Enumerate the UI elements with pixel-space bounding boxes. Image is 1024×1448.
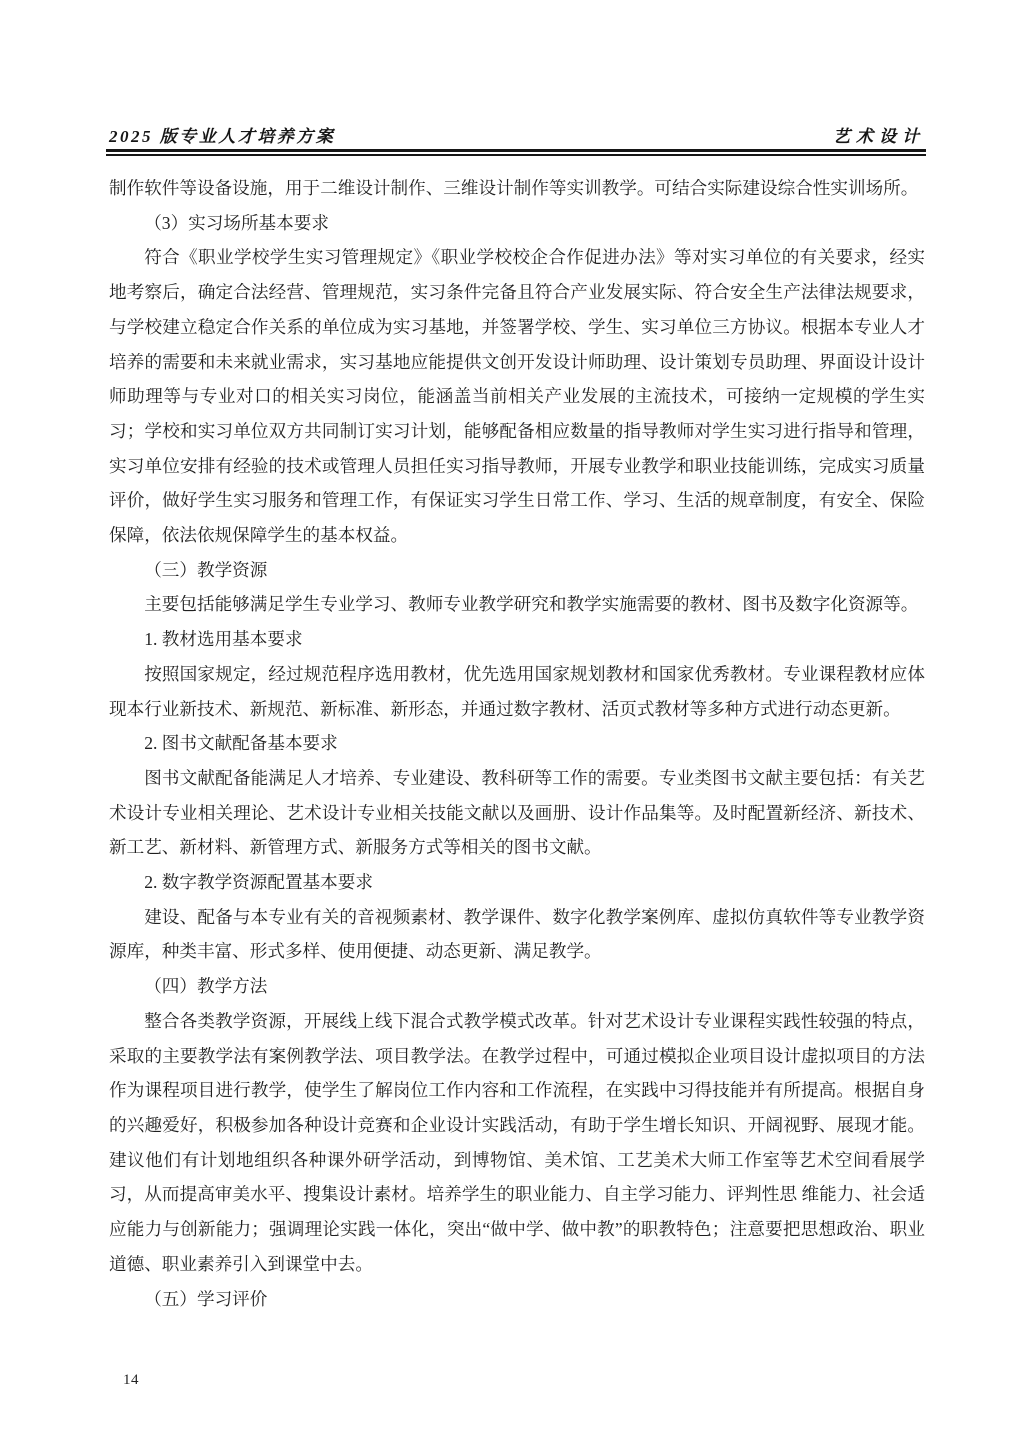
paragraph-teaching-methods: 整合各类教学资源，开展线上线下混合式教学模式改革。针对艺术设计专业课程实践性较强… — [109, 1004, 925, 1282]
document-page: 2025 版专业人才培养方案 艺术设计 制作软件等设备设施，用于二维设计制作、三… — [0, 0, 1024, 1448]
document-body: 制作软件等设备设施，用于二维设计制作、三维设计制作等实训教学。可结合实际建设综合… — [109, 171, 925, 1316]
header-rule-divider — [106, 149, 926, 156]
paragraph-library-literature: 图书文献配备能满足人才培养、专业建设、教科研等工作的需要。专业类图书文献主要包括… — [109, 761, 925, 865]
heading-section-4-teaching-methods: （四）教学方法 — [109, 969, 925, 1004]
paragraph-textbook-selection: 按照国家规定，经过规范程序选用教材，优先选用国家规划教材和国家优秀教材。专业课程… — [109, 657, 925, 726]
header-major-name: 艺术设计 — [833, 122, 925, 147]
heading-1-textbook-selection: 1. 教材选用基本要求 — [109, 622, 925, 657]
paragraph-practice-site-requirements: 符合《职业学校学生实习管理规定》《职业学校校企合作促进办法》等对实习单位的有关要… — [109, 240, 925, 552]
page-footer: 14 — [123, 1372, 139, 1389]
heading-section-3-teaching-resources: （三）教学资源 — [109, 553, 925, 588]
heading-2-digital-resources: 2. 数字教学资源配置基本要求 — [109, 865, 925, 900]
header-document-title: 2025 版专业人才培养方案 — [109, 122, 335, 147]
paragraph-continuation: 制作软件等设备设施，用于二维设计制作、三维设计制作等实训教学。可结合实际建设综合… — [109, 171, 925, 206]
heading-section-5-learning-evaluation: （五）学习评价 — [109, 1282, 925, 1317]
heading-2-library-literature: 2. 图书文献配备基本要求 — [109, 726, 925, 761]
page-header: 2025 版专业人才培养方案 艺术设计 — [109, 122, 925, 147]
page-number: 14 — [123, 1372, 139, 1388]
heading-item-3-practice-site: （3）实习场所基本要求 — [109, 206, 925, 241]
paragraph-digital-resources: 建设、配备与本专业有关的音视频素材、教学课件、数字化教学案例库、虚拟仿真软件等专… — [109, 900, 925, 969]
paragraph-teaching-resources-intro: 主要包括能够满足学生专业学习、教师专业教学研究和教学实施需要的教材、图书及数字化… — [109, 587, 925, 622]
